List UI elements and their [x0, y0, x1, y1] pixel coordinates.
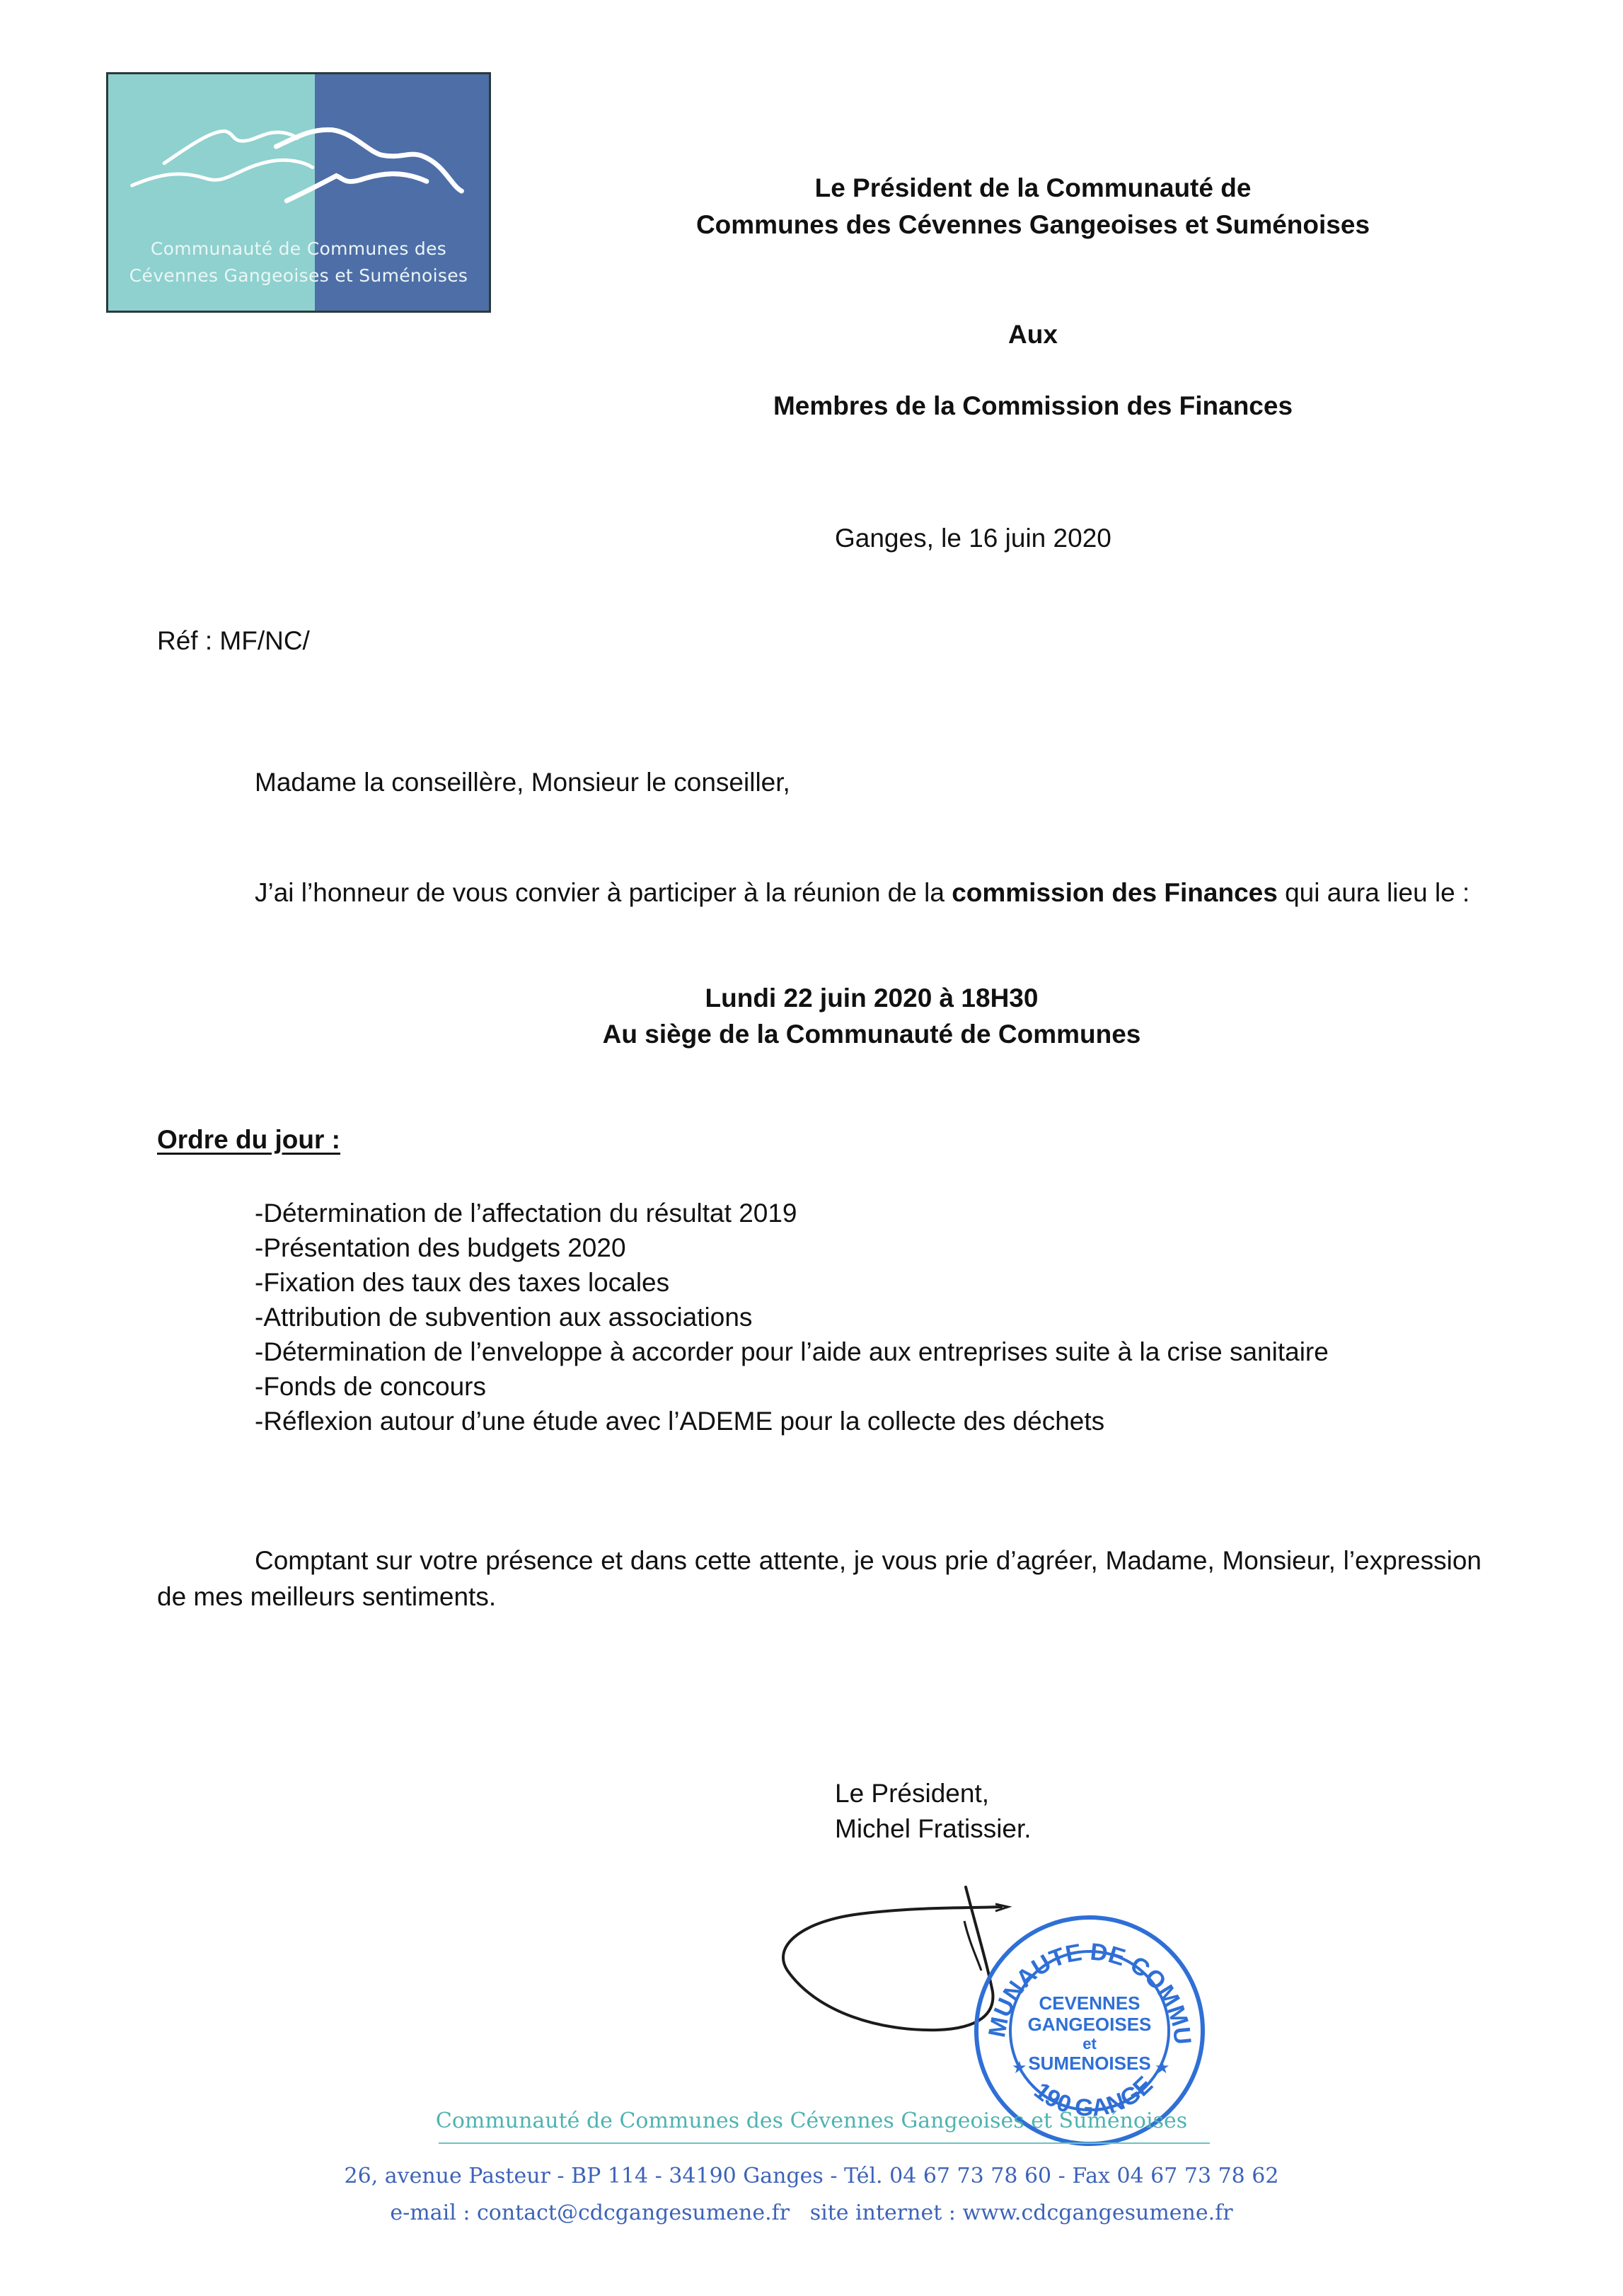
svg-text:★: ★: [1012, 2058, 1027, 2077]
agenda-item: -Fixation des taux des taxes locales: [157, 1265, 1482, 1300]
agenda-item: -Fonds de concours: [157, 1369, 1482, 1404]
agenda-item: -Présentation des budgets 2020: [157, 1230, 1482, 1265]
footer-address: 26, avenue Pasteur - BP 114 - 34190 Gang…: [0, 2158, 1623, 2195]
signatory-name: Michel Fratissier.: [835, 1811, 1032, 1847]
svg-text:et: et: [1082, 2035, 1097, 2053]
logo-text-line-2: Cévennes Gangeoises et Suménoises: [108, 263, 489, 289]
letter-page: Communauté de Communes des Cévennes Gang…: [0, 0, 1623, 2296]
footer-divider: [439, 2142, 1210, 2144]
footer-contact: 26, avenue Pasteur - BP 114 - 34190 Gang…: [0, 2158, 1623, 2232]
agenda-list: -Détermination de l’affectation du résul…: [157, 1196, 1482, 1438]
invitation-paragraph: J’ai l’honneur de vous convier à partici…: [157, 875, 1482, 911]
meeting-location: Au siège de la Communauté de Communes: [120, 1016, 1623, 1052]
invitation-highlight: commission des Finances: [952, 878, 1278, 907]
logo-text: Communauté de Communes des Cévennes Gang…: [108, 236, 489, 289]
salutation: Madame la conseillère, Monsieur le conse…: [255, 768, 790, 797]
svg-text:★: ★: [1155, 2058, 1170, 2077]
sender-line-1: Le Président de la Communauté de: [623, 170, 1443, 207]
signature-block: Le Président, Michel Fratissier.: [835, 1776, 1032, 1847]
sender-line-2: Communes des Cévennes Gangeoises et Sumé…: [623, 207, 1443, 243]
footer-organization: Communauté de Communes des Cévennes Gang…: [0, 2108, 1623, 2133]
agenda-item: -Détermination de l’enveloppe à accorder…: [157, 1334, 1482, 1369]
footer-email-website: e-mail : contact@cdcgangesumene.fr site …: [0, 2195, 1623, 2232]
agenda-item: -Réflexion autour d’une étude avec l’ADE…: [157, 1404, 1482, 1438]
meeting-details: Lundi 22 juin 2020 à 18H30 Au siège de l…: [0, 980, 1623, 1052]
invitation-text-end: qui aura lieu le :: [1278, 878, 1470, 907]
signatory-title: Le Président,: [835, 1776, 1032, 1811]
closing-text: Comptant sur votre présence et dans cett…: [157, 1546, 1482, 1611]
agenda-item: -Détermination de l’affectation du résul…: [157, 1196, 1482, 1230]
recipient-prefix: Aux: [623, 316, 1443, 353]
organization-logo: Communauté de Communes des Cévennes Gang…: [106, 72, 491, 313]
agenda-item: -Attribution de subvention aux associati…: [157, 1300, 1482, 1334]
letter-date: Ganges, le 16 juin 2020: [835, 524, 1111, 553]
reference: Réf : MF/NC/: [157, 626, 310, 656]
agenda-title: Ordre du jour :: [157, 1125, 340, 1155]
meeting-datetime: Lundi 22 juin 2020 à 18H30: [120, 980, 1623, 1016]
svg-text:CEVENNES: CEVENNES: [1039, 1992, 1140, 2014]
recipients: Membres de la Commission des Finances: [623, 388, 1443, 425]
closing-paragraph: Comptant sur votre présence et dans cett…: [157, 1542, 1482, 1615]
svg-text:SUMENOISES: SUMENOISES: [1028, 2053, 1150, 2074]
sender-block: Le Président de la Communauté de Commune…: [623, 170, 1443, 243]
invitation-text: J’ai l’honneur de vous convier à partici…: [255, 878, 952, 907]
logo-text-line-1: Communauté de Communes des: [108, 236, 489, 263]
svg-text:GANGEOISES: GANGEOISES: [1028, 2014, 1152, 2035]
